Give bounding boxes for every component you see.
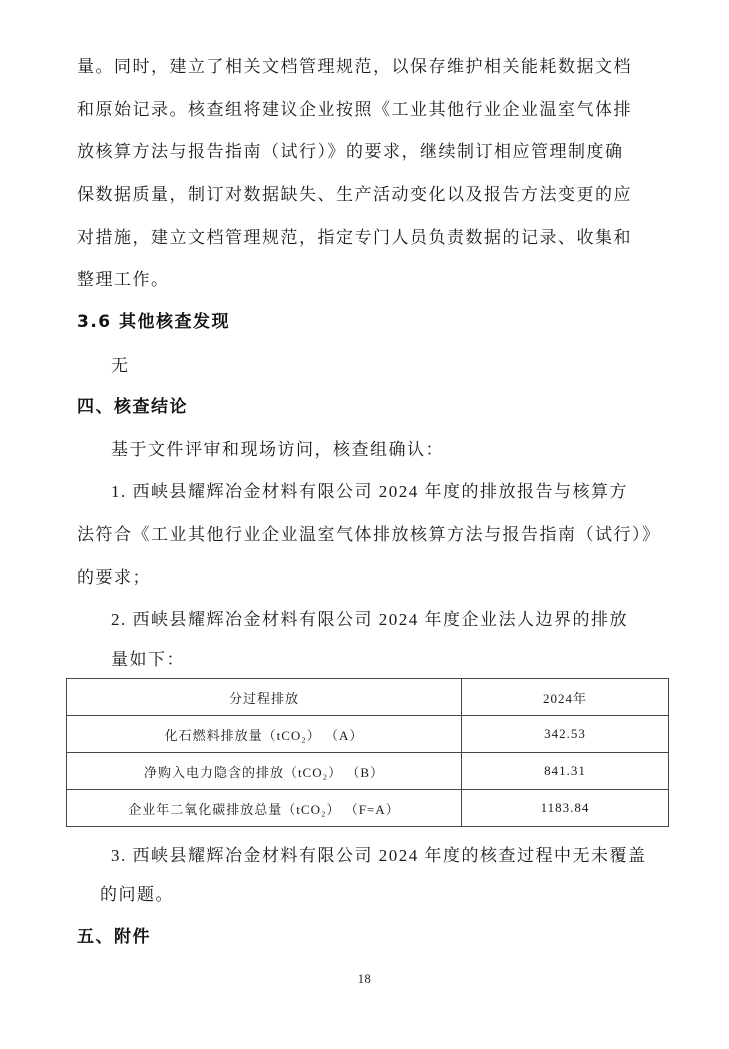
table-header-row: 分过程排放 2024年 <box>67 679 669 716</box>
body-line: 放核算方法与报告指南（试行）》的要求，继续制订相应管理制度确 <box>77 130 655 173</box>
body-line: 1. 西峡县耀辉冶金材料有限公司 2024 年度的排放报告与核算方 <box>77 470 689 513</box>
body-line: 保数据质量，制订对数据缺失、生产活动变化以及报告方法变更的应 <box>77 173 655 216</box>
body-line: 3. 西峡县耀辉冶金材料有限公司 2024 年度的核查过程中无未覆盖 <box>77 834 689 877</box>
row-label: 化石燃料排放量（tCO₂） （A） <box>67 716 462 753</box>
body-line: 基于文件评审和现场访问，核查组确认： <box>77 428 689 471</box>
row-value: 841.31 <box>462 753 669 790</box>
body-line: 对措施，建立文档管理规范，指定专门人员负责数据的记录、收集和 <box>77 216 655 259</box>
body-line: 法符合《工业其他行业企业温室气体排放核算方法与报告指南（试行）》 <box>77 513 655 556</box>
table-row: 化石燃料排放量（tCO₂） （A） 342.53 <box>67 716 669 753</box>
body-line: 的问题。 <box>77 873 678 916</box>
emissions-table: 分过程排放 2024年 化石燃料排放量（tCO₂） （A） 342.53 净购入… <box>66 678 669 827</box>
section-heading-4-conclusion: 四、核查结论 <box>77 386 655 429</box>
body-line: 和原始记录。核查组将建议企业按照《工业其他行业企业温室气体排 <box>77 88 655 131</box>
table-row: 企业年二氧化碳排放总量（tCO₂） （F=A） 1183.84 <box>67 790 669 827</box>
row-label: 企业年二氧化碳排放总量（tCO₂） （F=A） <box>67 790 462 827</box>
row-value: 1183.84 <box>462 790 669 827</box>
body-line: 的要求； <box>77 556 655 599</box>
row-label: 净购入电力隐含的排放（tCO₂） （B） <box>67 753 462 790</box>
row-value: 342.53 <box>462 716 669 753</box>
body-line: 量如下： <box>77 638 689 681</box>
section-heading-3-6: 3.6 其他核查发现 <box>77 301 655 344</box>
table-row: 净购入电力隐含的排放（tCO₂） （B） 841.31 <box>67 753 669 790</box>
body-line: 整理工作。 <box>77 258 655 301</box>
page-number: 18 <box>0 972 729 987</box>
document-page: 量。同时，建立了相关文档管理规范，以保存维护相关能耗数据文档 和原始记录。核查组… <box>0 0 729 1049</box>
table-header-process: 分过程排放 <box>67 679 462 716</box>
body-line: 无 <box>77 344 689 387</box>
table-header-year: 2024年 <box>462 679 669 716</box>
body-line: 量。同时，建立了相关文档管理规范，以保存维护相关能耗数据文档 <box>77 45 655 88</box>
section-heading-5-appendix: 五、附件 <box>77 916 655 959</box>
body-line: 2. 西峡县耀辉冶金材料有限公司 2024 年度企业法人边界的排放 <box>77 598 689 641</box>
